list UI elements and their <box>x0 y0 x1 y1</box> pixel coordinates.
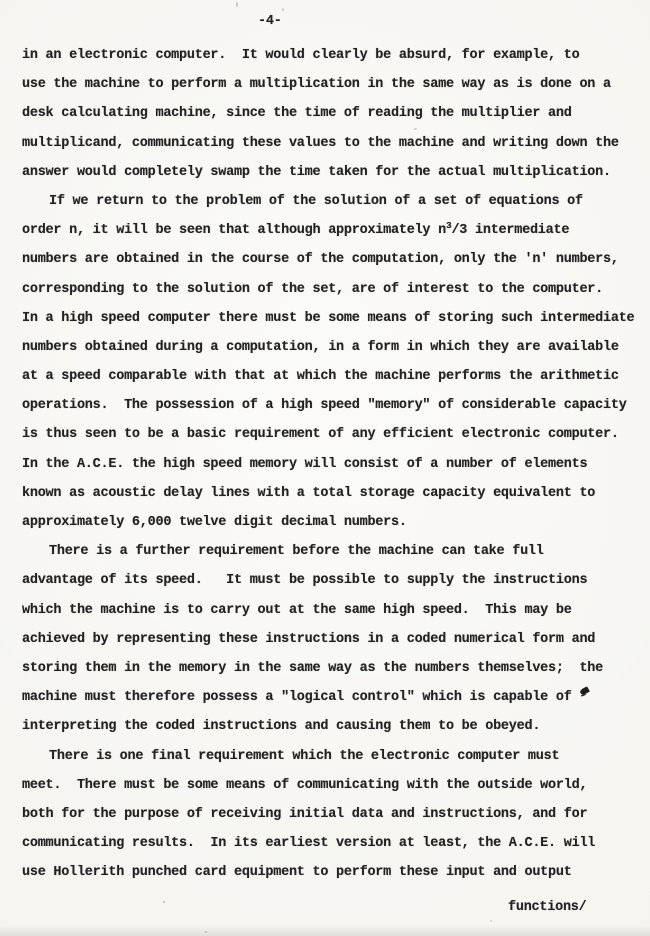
text-line: at a speed comparable with that at which… <box>22 362 642 391</box>
text-line: In the A.C.E. the high speed memory will… <box>22 450 642 479</box>
text-line: multiplicand, communicating these values… <box>22 129 642 158</box>
text-line: There is a further requirement before th… <box>22 537 642 566</box>
text-segment: answer would completely swamp the time t… <box>22 165 611 180</box>
text-segment: achieved by representing these instructi… <box>22 632 595 647</box>
scan-speck <box>282 8 284 11</box>
text-line: both for the purpose of receiving initia… <box>22 800 642 829</box>
text-line: communicating results. In its earliest v… <box>22 829 642 858</box>
text-segment: order n, it will be seen that although a… <box>22 223 446 238</box>
text-segment: in an electronic computer. It would clea… <box>22 48 579 63</box>
text-segment: numbers obtained during a computation, i… <box>22 340 619 355</box>
text-line: achieved by representing these instructi… <box>22 625 642 654</box>
text-segment: known as acoustic delay lines with a tot… <box>22 486 595 501</box>
text-segment: There is one final requirement which the… <box>49 749 559 764</box>
text-segment: is thus seen to be a basic requirement o… <box>22 427 619 442</box>
text-line: There is one final requirement which the… <box>22 742 642 771</box>
text-line: in an electronic computer. It would clea… <box>22 41 642 70</box>
text-line: If we return to the problem of the solut… <box>22 187 642 216</box>
text-line: use Hollerith punched card equipment to … <box>22 858 642 887</box>
text-segment: multiplicand, communicating these values… <box>22 136 619 151</box>
catchword: functions/ <box>508 900 587 916</box>
text-line: machine must therefore possess a "logica… <box>22 683 642 712</box>
text-segment: meet. There must be some means of commun… <box>22 778 587 793</box>
text-line: numbers obtained during a computation, i… <box>22 333 642 362</box>
text-segment: use the machine to perform a multiplicat… <box>22 77 611 92</box>
text-line: is thus seen to be a basic requirement o… <box>22 420 642 449</box>
superscript-text: 3 <box>446 220 451 231</box>
text-segment: interpreting the coded instructions and … <box>22 719 540 734</box>
text-segment: numbers are obtained in the course of th… <box>22 252 619 267</box>
text-segment: There is a further requirement before th… <box>49 544 544 559</box>
text-segment: /3 intermediate <box>451 223 569 238</box>
text-segment: advantage of its speed. It must be possi… <box>22 573 587 588</box>
text-segment: at a speed comparable with that at which… <box>22 369 619 384</box>
text-line: storing them in the memory in the same w… <box>22 654 642 683</box>
text-segment: desk calculating machine, since the time… <box>22 106 572 121</box>
scan-edge-shadow <box>0 925 650 936</box>
text-segment: In the A.C.E. the high speed memory will… <box>22 457 587 472</box>
text-line: meet. There must be some means of commun… <box>22 771 642 800</box>
text-segment: communicating results. In its earliest v… <box>22 836 595 851</box>
text-line: corresponding to the solution of the set… <box>22 275 642 304</box>
text-segment: In a high speed computer there must be s… <box>22 311 634 326</box>
text-segment: both for the purpose of receiving initia… <box>22 807 587 822</box>
scan-speck <box>414 128 417 130</box>
scan-speck <box>163 901 165 903</box>
text-line: desk calculating machine, since the time… <box>22 99 642 128</box>
text-segment: which the machine is to carry out at the… <box>22 603 572 618</box>
text-segment: machine must therefore possess a "logica… <box>22 690 572 705</box>
document-page: -4- in an electronic computer. It would … <box>0 0 650 936</box>
text-line: In a high speed computer there must be s… <box>22 304 642 333</box>
text-line: order n, it will be seen that although a… <box>22 216 642 245</box>
text-line: approximately 6,000 twelve digit decimal… <box>22 508 642 537</box>
text-segment: operations. The possession of a high spe… <box>22 398 627 413</box>
text-line: answer would completely swamp the time t… <box>22 158 642 187</box>
text-segment: approximately 6,000 twelve digit decimal… <box>22 515 407 530</box>
scan-speck <box>490 920 492 922</box>
text-line: which the machine is to carry out at the… <box>22 596 642 625</box>
text-line: interpreting the coded instructions and … <box>22 712 642 741</box>
page-number: -4- <box>258 14 282 29</box>
text-line: operations. The possession of a high spe… <box>22 391 642 420</box>
text-line: use the machine to perform a multiplicat… <box>22 70 642 99</box>
document-body: in an electronic computer. It would clea… <box>22 41 642 887</box>
text-line: advantage of its speed. It must be possi… <box>22 566 642 595</box>
text-line: numbers are obtained in the course of th… <box>22 245 642 274</box>
text-line: known as acoustic delay lines with a tot… <box>22 479 642 508</box>
scan-speck <box>236 2 238 7</box>
text-segment: If we return to the problem of the solut… <box>49 194 583 209</box>
text-segment: storing them in the memory in the same w… <box>22 661 603 676</box>
text-segment: use Hollerith punched card equipment to … <box>22 865 572 880</box>
text-segment: corresponding to the solution of the set… <box>22 282 603 297</box>
